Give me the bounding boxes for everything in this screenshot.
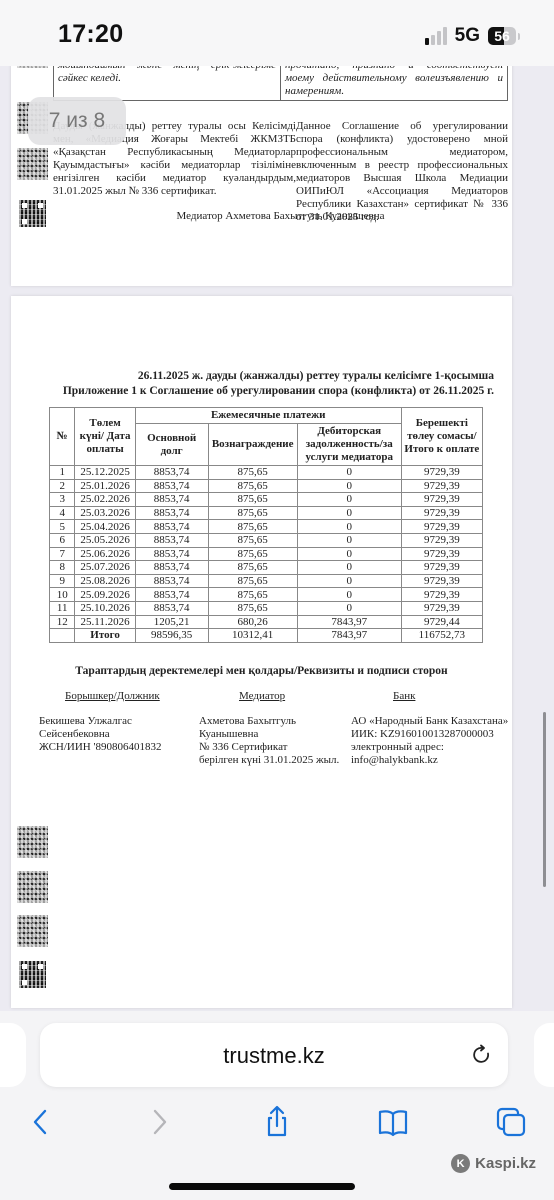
qr-code-icon: [17, 915, 48, 947]
appendix-title: 26.11.2025 ж. дауды (жанжалды) реттеу ту…: [63, 369, 494, 399]
browser-toolbar: [0, 1101, 554, 1141]
reload-icon[interactable]: [470, 1043, 494, 1067]
forward-icon[interactable]: [142, 1105, 176, 1139]
col-receivable: Дебиторская задолженность/за услуги меди…: [297, 424, 401, 466]
appendix-title-kz: 26.11.2025 ж. дауды (жанжалды) реттеу ту…: [63, 369, 494, 384]
payment-schedule-table: № Төлем күні/ Дата оплаты Ежемесячные пл…: [49, 407, 483, 643]
qr-code-icon: [17, 148, 48, 180]
table-total-row: Итого98596,3510312,417843,97116752,73: [50, 629, 483, 643]
table-row: 225.01.20268853,74875,6509729,39: [50, 479, 483, 493]
table-row: 625.05.20268853,74875,6509729,39: [50, 533, 483, 547]
next-tab-preview[interactable]: [534, 1023, 554, 1087]
network-type: 5G: [455, 25, 480, 47]
status-bar: 17:20 5G 56: [0, 0, 554, 66]
qr-code-icon: [17, 826, 48, 858]
party-bank: Банк АО «Народный Банк Казахстана» ИИК: …: [351, 690, 508, 767]
previous-tab-preview[interactable]: [0, 1023, 26, 1087]
status-indicators: 5G 56: [425, 25, 520, 47]
table-row: 1025.09.20268853,74875,6509729,39: [50, 588, 483, 602]
table-row: 425.03.20268853,74875,6509729,39: [50, 506, 483, 520]
table-row: 1225.11.20261205,21680,267843,979729,44: [50, 615, 483, 629]
page-indicator: 7 из 8: [28, 97, 126, 145]
table-row: 125.12.20258853,74875,6509729,39: [50, 466, 483, 480]
status-time: 17:20: [58, 20, 123, 49]
party-head: Банк: [393, 690, 508, 703]
col-date: Төлем күні/ Дата оплаты: [75, 408, 135, 466]
share-icon[interactable]: [260, 1105, 294, 1139]
signal-icon: [425, 27, 447, 45]
mediator-signature: Медиатор Ахметова Бахытгуль Куанышевна: [53, 210, 508, 222]
appendix-title-ru: Приложение 1 к Соглашение об урегулирова…: [63, 384, 494, 399]
document-page-7: Осы Келісімді медиатор дұрыс жасады, оны…: [11, 30, 512, 286]
back-icon[interactable]: [24, 1105, 58, 1139]
mediator-statement-ru: Данное Соглашение об урегулировании спор…: [296, 120, 508, 224]
table-row: 325.02.20268853,74875,6509729,39: [50, 493, 483, 507]
kaspi-logo-icon: K: [451, 1154, 470, 1173]
col-number: №: [50, 408, 75, 466]
battery-level: 56: [494, 28, 510, 44]
party-debtor: Борышкер/Должник Бекишева Улжалгас Сейсе…: [39, 690, 161, 754]
tabs-icon[interactable]: [494, 1105, 528, 1139]
table-row: 725.06.20268853,74875,6509729,39: [50, 547, 483, 561]
col-monthly-group: Ежемесячные платежи: [135, 408, 401, 424]
requisites-title: Тараптардың деректемелері мен қолдары/Ре…: [11, 665, 512, 677]
col-principal: Основной долг: [135, 424, 208, 466]
table-row: 925.08.20268853,74875,6509729,39: [50, 574, 483, 588]
table-row: 825.07.20268853,74875,6509729,39: [50, 561, 483, 575]
home-indicator[interactable]: [169, 1183, 355, 1190]
table-row: 525.04.20268853,74875,6509729,39: [50, 520, 483, 534]
url-text[interactable]: trustme.kz: [40, 1043, 508, 1069]
document-page-8: 26.11.2025 ж. дауды (жанжалды) реттеу ту…: [11, 296, 512, 1008]
bookmarks-icon[interactable]: [376, 1105, 410, 1139]
col-reward: Вознаграждение: [208, 424, 297, 466]
kaspi-watermark: K Kaspi.kz: [451, 1154, 536, 1173]
qr-code-icon: [17, 871, 48, 903]
scrollbar[interactable]: [543, 712, 546, 887]
browser-bottom-bar: trustme.kz K Kaspi.kz: [0, 1011, 554, 1200]
table-row: 1125.10.20268853,74875,6509729,39: [50, 601, 483, 615]
party-mediator: Медиатор Ахметова Бахытгуль Куанышевна №…: [199, 690, 339, 767]
battery-icon: 56: [488, 27, 516, 45]
party-head: Борышкер/Должник: [65, 690, 161, 703]
party-head: Медиатор: [239, 690, 339, 703]
qr-code-icon: [19, 961, 46, 988]
qr-code-icon: [19, 200, 46, 227]
address-bar[interactable]: trustme.kz: [40, 1023, 508, 1087]
col-total: Берешекті төлеу сомасы/ Итого к оплате: [401, 408, 482, 466]
